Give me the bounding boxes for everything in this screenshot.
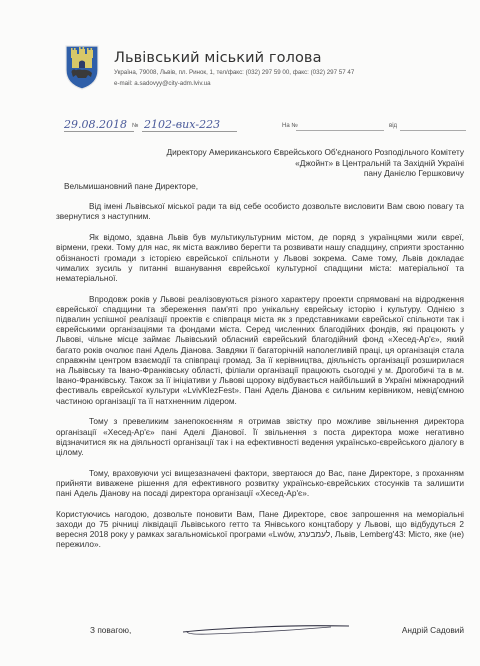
regards: З повагою, — [90, 625, 131, 635]
addressee-block: Директору Американського Єврейського Об'… — [60, 147, 464, 179]
closing-block: З повагою, Андрій Садовий — [56, 625, 464, 639]
letterhead-address: Україна, 79008, Львів, пл. Ринок, 1, тел… — [114, 69, 354, 77]
number-underline — [142, 131, 237, 132]
in-reply-number-field — [296, 130, 384, 131]
addressee-line: «Джойнт» в Центральній та Західній Украї… — [60, 158, 464, 169]
addressee-line: Директору Американського Єврейського Об'… — [60, 147, 464, 158]
outgoing-date: 29.08.2018 — [64, 118, 127, 131]
letterhead-title: Львівський міський голова — [114, 50, 354, 66]
letter-body: Вельмишановний пане Директоре, Від імені… — [56, 181, 464, 560]
signature-icon — [181, 623, 351, 637]
paragraph: Користуючись нагодою, дозвольте поновити… — [56, 509, 464, 550]
in-reply-date-field — [400, 130, 466, 131]
salutation: Вельмишановний пане Директоре, — [64, 181, 464, 191]
letterhead-email: e-mail: a.sadovyy@city-adm.lviv.ua — [114, 80, 354, 88]
paragraph: Тому з превеликим занепокоєнням я отрима… — [56, 416, 464, 457]
date-underline — [64, 131, 134, 132]
paragraph: Впродовж років у Львові реалізовуються р… — [56, 294, 464, 406]
in-reply-date-label: від — [389, 123, 397, 129]
lviv-coat-of-arms-icon — [64, 44, 100, 90]
paragraph: Тому, враховуючи усі вищезазначені факто… — [56, 468, 464, 499]
outgoing-number: 2102-вих-223 — [144, 118, 220, 131]
signatory-name: Андрій Садовий — [402, 625, 464, 635]
addressee-line: пану Данієлю Гершковичу — [60, 168, 464, 179]
number-label: № — [132, 123, 138, 129]
paragraph: Від імені Львівської міської ради та від… — [56, 201, 464, 221]
paragraph: Як відомо, здавна Львів був мультикульту… — [56, 232, 464, 283]
reference-line: 29.08.2018 № 2102-вих-223 На № від — [64, 118, 464, 134]
in-reply-number-label: На № — [282, 123, 298, 129]
letterhead: Львівський міський голова Україна, 79008… — [64, 44, 354, 90]
